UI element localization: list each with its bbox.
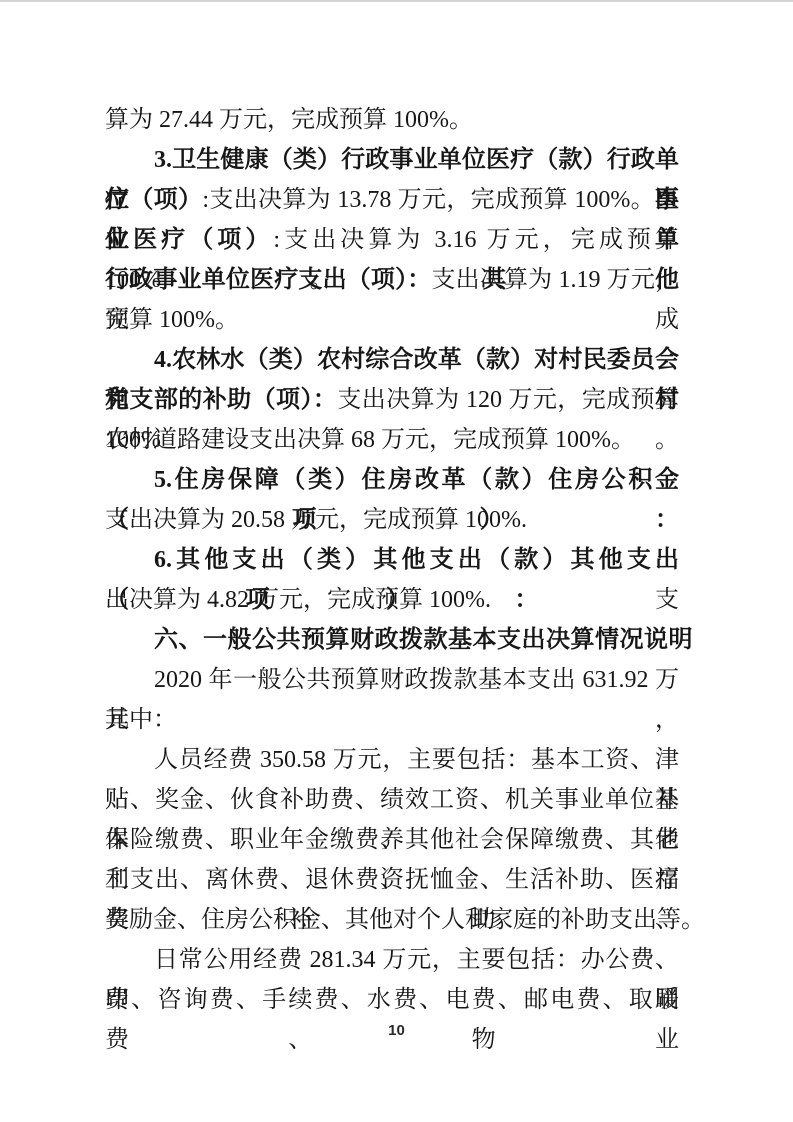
text-line: 人员经费 350.58 万元，主要包括：基本工资、津贴补 (105, 740, 679, 780)
text-line: 奖励金、住房公积金、其他对个人和家庭的补助支出等。 (105, 900, 679, 940)
text-line: 保险缴费、职业年金缴费、其他社会保障缴费、其他工资福 (105, 820, 679, 860)
text-segment: 其中： (105, 707, 177, 733)
section-heading: 六、一般公共预算财政拨款基本支出决算情况说明 (105, 620, 679, 660)
text-line: 日常公用经费 281.34 万元，主要包括：办公费、印刷 (105, 940, 679, 980)
text-line: 党支部的补助（项）：支出决算为 120 万元，完成预算 100%。 (105, 380, 679, 420)
text-segment: 支出决算为 20.58 万元，完成预算 100%. (105, 507, 527, 533)
page-number: 10 (0, 1020, 793, 1042)
text-segment: 六、一般公共预算财政拨款基本支出决算情况说明 (154, 626, 693, 653)
text-segment: 支 (655, 587, 679, 613)
text-segment: 预算 100%。 (105, 307, 239, 333)
text-segment: 算为 27.44 万元，完成预算 100%。 (105, 107, 473, 133)
text-segment: :支出决算为 13.78 万元，完成预算 100%。 (202, 187, 655, 213)
text-line: 位医疗（项）:支出决算为 3.16 万元，完成预算 100%。其他 (105, 220, 679, 260)
text-line: 算为 27.44 万元，完成预算 100%。 (105, 100, 679, 140)
document-lines: 算为 27.44 万元，完成预算 100%。3.卫生健康（类）行政事业单位医疗（… (105, 100, 679, 1020)
text-line: 6.其他支出（类）其他支出（款）其他支出（项）：支 (105, 540, 679, 580)
text-line: 农村道路建设支出决算 68 万元，完成预算 100%。 (105, 420, 679, 460)
text-segment: 奖励金、住房公积金、其他对个人和家庭的补助支出等。 (105, 907, 705, 933)
text-line: 行政事业单位医疗支出（项）：支出决算为 1.19 万元，完成 (105, 260, 679, 300)
text-line: 疗（项）:支出决算为 13.78 万元，完成预算 100%。事业单 (105, 180, 679, 220)
scan-edge-artifact (0, 0, 793, 2)
text-segment: 出决算为 4.82 万元，完成预算 100%. (105, 587, 491, 613)
document-page: 算为 27.44 万元，完成预算 100%。3.卫生健康（类）行政事业单位医疗（… (0, 0, 793, 1122)
text-line: 利支出、离休费、退休费、抚恤金、生活补助、医疗费补助、 (105, 860, 679, 900)
text-segment: 疗（项） (105, 187, 202, 213)
text-segment: 党支部的补助（项）： (105, 387, 337, 413)
text-segment: 农村道路建设支出决算 68 万元，完成预算 100%。 (105, 427, 635, 453)
text-line: 费、咨询费、手续费、水费、电费、邮电费、取暖费、物业 (105, 980, 679, 1020)
text-line: 贴、奖金、伙食补助费、绩效工资、机关事业单位基本养老 (105, 780, 679, 820)
text-line: 3.卫生健康（类）行政事业单位医疗（款）行政单位医 (105, 140, 679, 180)
text-line: 4.农林水（类）农村综合改革（款）对村民委员会和村 (105, 340, 679, 380)
text-line: 5.住房保障（类）住房改革（款）住房公积金（项）： (105, 460, 679, 500)
text-segment: 2020 年一般公共预算财政拨款基本支出 631.92 万元， (105, 667, 679, 733)
text-segment: 位医疗（项） (105, 227, 273, 253)
text-segment: 行政事业单位医疗支出（项）： (105, 267, 431, 293)
text-line: 2020 年一般公共预算财政拨款基本支出 631.92 万元， (105, 660, 679, 700)
